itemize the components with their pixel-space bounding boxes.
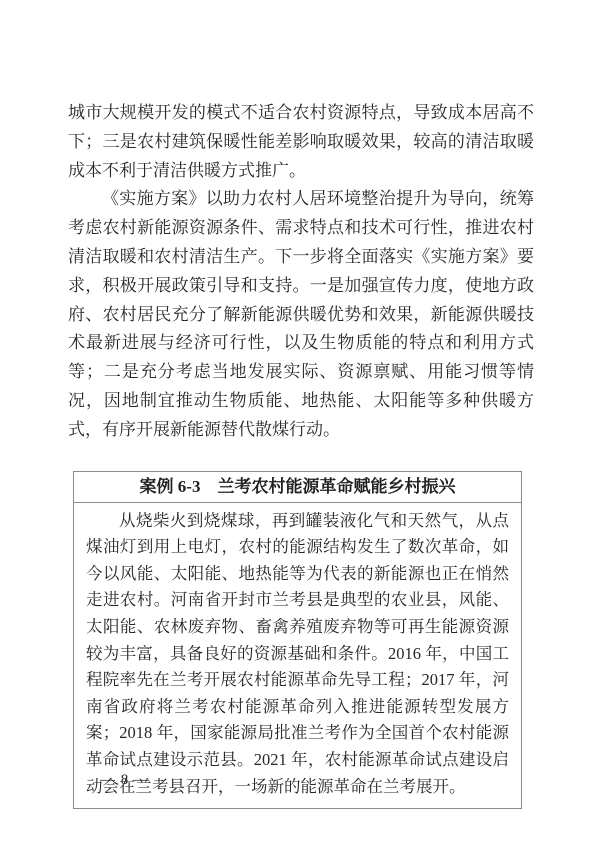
document-page: 城市大规模开发的模式不适合农村资源特点，导致成本居高不下；三是农村建筑保暖性能差…: [0, 0, 600, 848]
page-number: — 8 —: [100, 772, 150, 789]
case-study-box: 案例 6-3 兰考农村能源革命赋能乡村振兴 从烧柴火到烧煤球，再到罐装液化气和天…: [73, 471, 522, 810]
paragraph-implementation-plan: 《实施方案》以助力农村人居环境整治提升为导向，统筹考虑农村新能源资源条件、需求特…: [68, 185, 534, 444]
page-content: 城市大规模开发的模式不适合农村资源特点，导致成本居高不下；三是农村建筑保暖性能差…: [68, 99, 534, 809]
paragraph-continuation: 城市大规模开发的模式不适合农村资源特点，导致成本居高不下；三是农村建筑保暖性能差…: [68, 99, 534, 185]
case-study-title: 案例 6-3 兰考农村能源革命赋能乡村振兴: [74, 472, 521, 503]
case-study-body: 从烧柴火到烧煤球，再到罐装液化气和天然气，从点煤油灯到用上电灯，农村的能源结构发…: [74, 503, 521, 809]
